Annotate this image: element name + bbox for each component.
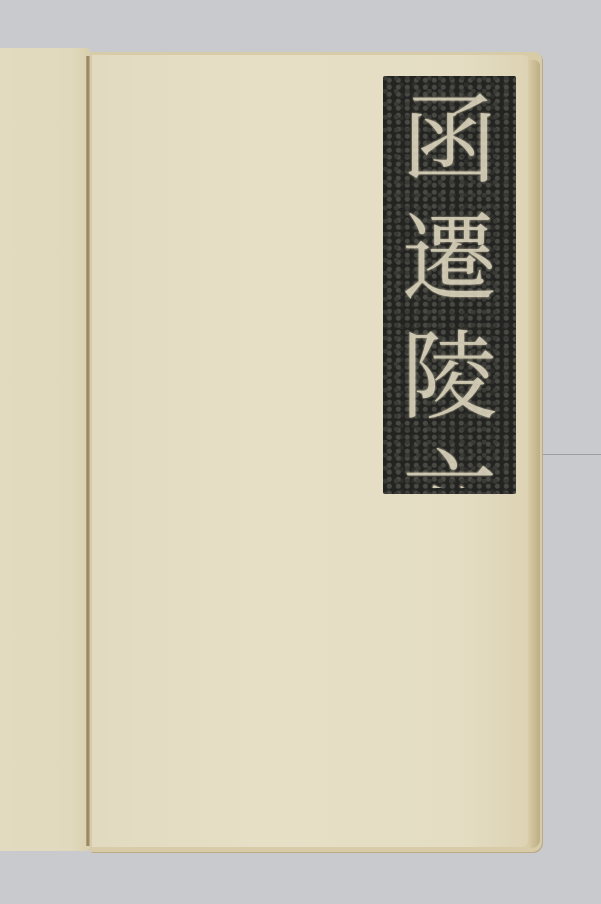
book-gutter (86, 56, 90, 846)
rubbing-character-1: 函 (402, 82, 498, 200)
rubbing-character-2: 遷 (402, 200, 498, 318)
ink-rubbing-label: 函 遷 陵 六 (383, 76, 516, 494)
rubbing-character-4: 六 (402, 436, 498, 488)
left-page (0, 48, 90, 851)
open-book: 函 遷 陵 六 (0, 0, 601, 904)
page-edge (528, 60, 540, 848)
rubbing-character-3: 陵 (402, 318, 498, 436)
